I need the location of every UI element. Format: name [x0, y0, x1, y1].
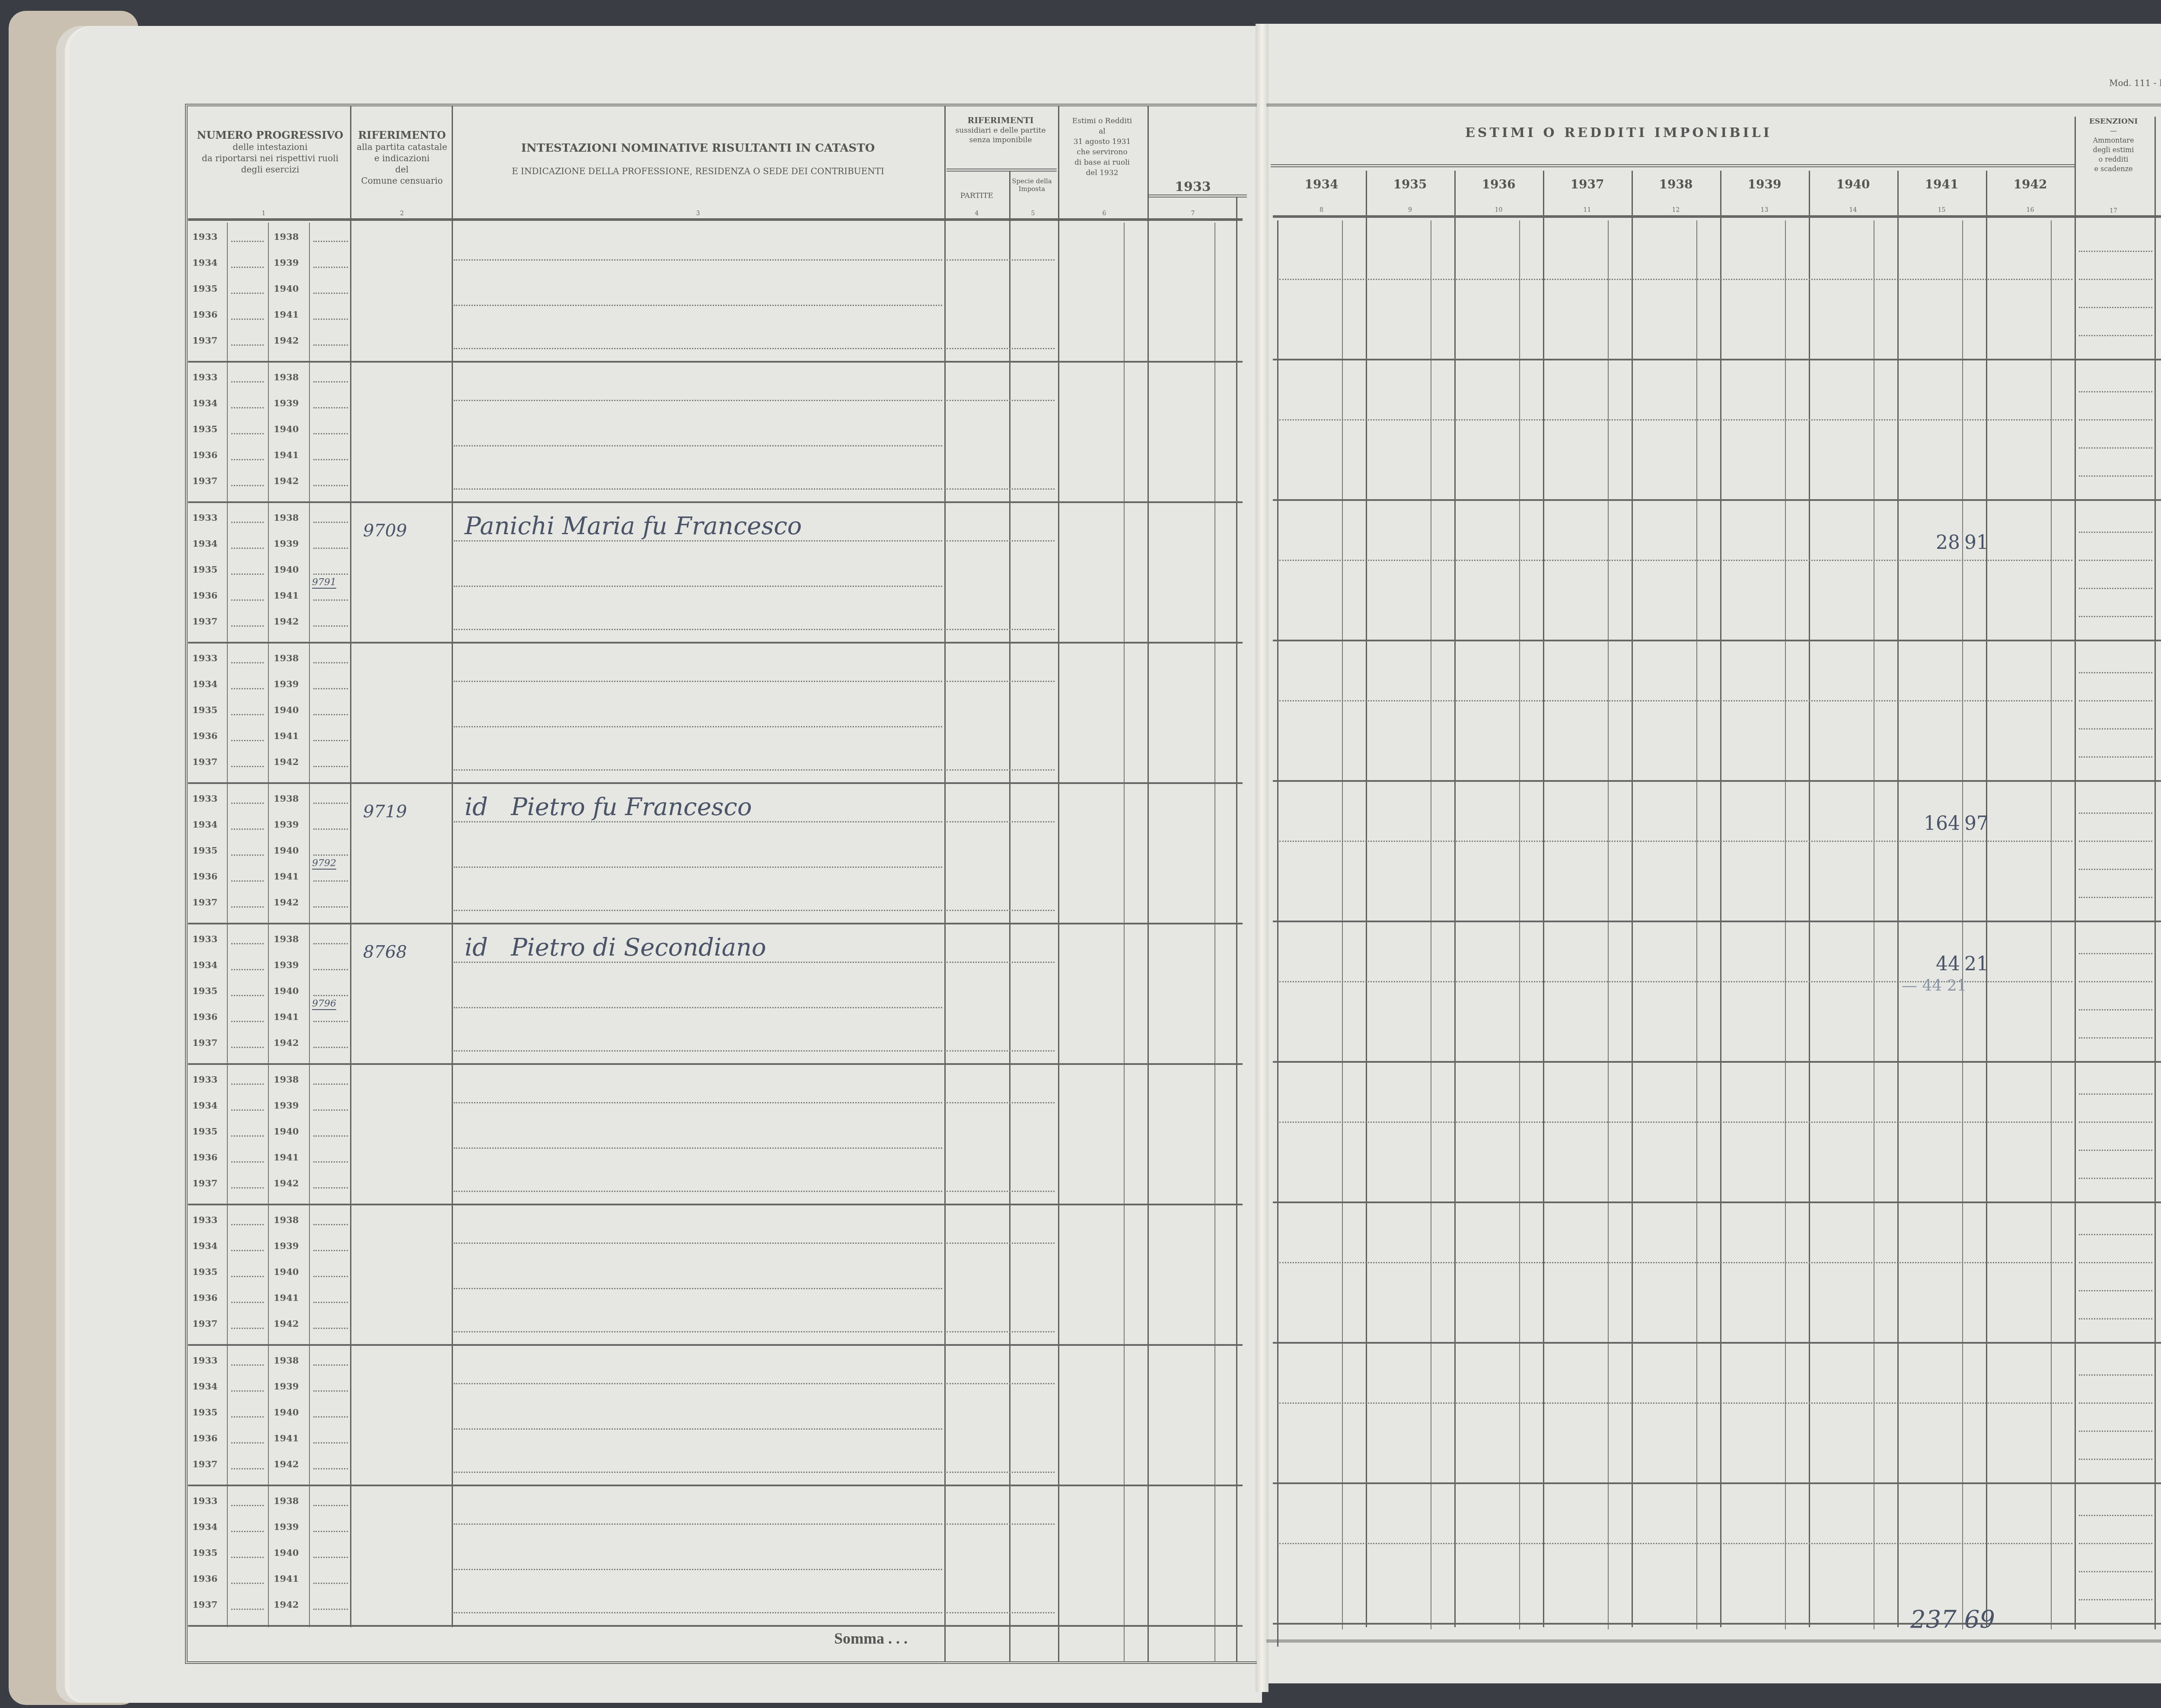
esenzioni-line: [2079, 1402, 2152, 1404]
esenzioni-line: [2079, 475, 2152, 477]
group-divider: [1273, 1342, 2161, 1344]
col-divider: [309, 223, 310, 1627]
header-year-1936: 1936: [1454, 177, 1543, 191]
col-divider: [1214, 223, 1215, 1662]
year-label: 1942: [274, 1318, 299, 1329]
year-label: 1939: [274, 1381, 299, 1392]
esenzioni-line: [2079, 1150, 2152, 1151]
fill-line: [231, 1505, 264, 1506]
intestazione-name: Panichi Maria fu Francesco: [465, 512, 802, 540]
fill-line: [313, 1135, 348, 1137]
entry-line: [454, 1288, 942, 1289]
entry-line: [947, 400, 1055, 401]
fill-line: [313, 548, 348, 549]
year-label: 1941: [274, 1433, 299, 1444]
entry-line: [454, 1050, 942, 1052]
esenzioni-line: [2079, 700, 2152, 701]
year-label: 1933: [192, 372, 217, 382]
year-label: 1938: [274, 1214, 299, 1225]
esenzioni-line: [2079, 1290, 2152, 1291]
year-label: 1941: [274, 1152, 299, 1163]
header-year-1942: 1942: [1986, 177, 2075, 191]
column-number: 4: [972, 210, 981, 217]
esenzioni-line: [2079, 1571, 2152, 1572]
year-label: 1936: [192, 871, 217, 882]
fill-line: [313, 1557, 348, 1558]
esenzioni-line: [2079, 447, 2152, 449]
esenzioni-line: [2079, 813, 2152, 814]
fill-line: [231, 803, 264, 804]
year-label: 1938: [274, 512, 299, 523]
entry-line: [1279, 1262, 2072, 1263]
fill-line: [231, 1468, 264, 1469]
year-label: 1933: [192, 1214, 217, 1225]
fill-line: [231, 344, 264, 346]
column-number: 2: [398, 210, 406, 217]
somma-cents: 69: [1964, 1606, 1995, 1634]
fill-line: [231, 293, 264, 294]
year-label: 1941: [274, 590, 299, 601]
column-number: 13: [1720, 207, 1809, 213]
year-label: 1934: [192, 1100, 217, 1111]
fill-line: [313, 854, 348, 856]
esenzioni-line: [2079, 1234, 2152, 1235]
header-line: e indicazioni: [374, 153, 430, 163]
entry-line: [454, 400, 942, 401]
entry-line: [454, 1428, 942, 1430]
year-label: 1934: [192, 257, 217, 268]
entry-line: [454, 962, 942, 963]
fill-line: [313, 740, 348, 741]
col-divider: [452, 106, 453, 1627]
fill-line: [313, 241, 348, 242]
fill-line: [231, 1302, 264, 1303]
esenzioni-line: [2079, 1515, 2152, 1516]
stamp-number: 9792: [312, 858, 336, 870]
estimo-1941-lire: 164: [1915, 813, 1960, 835]
entry-line: [947, 1243, 1055, 1244]
group-divider: [188, 782, 1243, 784]
fill-line: [313, 485, 348, 486]
col-divider: [1543, 171, 1544, 1627]
year-label: 1935: [192, 845, 217, 856]
entry-line: [454, 1102, 942, 1103]
fill-line: [313, 969, 348, 970]
somma-total-1941: 237 69: [1910, 1606, 1995, 1634]
year-label: 1939: [274, 1521, 299, 1532]
group-divider: [1273, 921, 2161, 922]
fill-line: [231, 1557, 264, 1558]
esenzioni-line: [2079, 419, 2152, 421]
col-divider: [1809, 171, 1810, 1627]
year-label: 1941: [274, 1573, 299, 1584]
header-line: Ammontare: [2093, 136, 2134, 144]
year-label: 1939: [274, 819, 299, 830]
fill-line: [313, 522, 348, 523]
year-label: 1937: [192, 616, 217, 627]
year-label: 1935: [192, 1126, 217, 1137]
header-intestazioni: INTESTAZIONI NOMINATIVE RISULTANTI IN CA…: [454, 143, 942, 177]
partita-number: 8768: [363, 942, 407, 962]
column-number: 1: [259, 210, 268, 217]
fill-line: [313, 1583, 348, 1584]
fill-line: [231, 267, 264, 268]
fill-line: [313, 1328, 348, 1329]
esenzioni-line: [2079, 279, 2152, 280]
entry-line: [454, 259, 942, 261]
entry-line: [454, 1472, 942, 1473]
fill-line: [313, 1390, 348, 1392]
col-divider: [350, 106, 351, 1627]
fill-line: [231, 319, 264, 320]
year-label: 1939: [274, 398, 299, 408]
esenzioni-line: [2079, 616, 2152, 617]
fill-line: [313, 1416, 348, 1418]
header-year-1939: 1939: [1720, 177, 1809, 191]
year-label: 1935: [192, 1407, 217, 1418]
fill-line: [231, 662, 264, 663]
header-line: senza imponibile: [969, 136, 1032, 144]
year-label: 1933: [192, 793, 217, 804]
group-divider: [188, 1625, 1243, 1627]
fill-line: [231, 1047, 264, 1048]
header-title: RIFERIMENTI: [967, 116, 1033, 125]
esenzioni-line: [2079, 1599, 2152, 1600]
col-divider: [1277, 220, 1278, 1647]
entry-line: [947, 1612, 1055, 1613]
year-label: 1941: [274, 871, 299, 882]
left-table-frame: [185, 104, 1257, 1664]
group-divider: [1273, 1061, 2161, 1063]
fill-line: [231, 1328, 264, 1329]
fill-line: [231, 1609, 264, 1610]
entry-line: [1279, 419, 2072, 421]
entry-line: [454, 540, 942, 542]
entry-line: [1279, 1402, 2072, 1404]
esenzioni-line: [2079, 841, 2152, 842]
group-divider: [1273, 640, 2161, 641]
entry-line: [454, 821, 942, 822]
year-label: 1935: [192, 1547, 217, 1558]
year-label: 1938: [274, 1074, 299, 1085]
entry-line: [947, 1050, 1055, 1052]
fill-line: [231, 1135, 264, 1137]
fill-line: [313, 1468, 348, 1469]
year-label: 1933: [192, 934, 217, 944]
entry-line: [454, 1191, 942, 1192]
header-year-1935: 1935: [1366, 177, 1454, 191]
column-number: 9: [1366, 207, 1454, 213]
esenzioni-line: [2079, 391, 2152, 392]
esenzioni-line: [2079, 307, 2152, 308]
fill-line: [313, 1250, 348, 1251]
esenzioni-line: [2079, 1178, 2152, 1179]
year-label: 1934: [192, 819, 217, 830]
col-divider: [1147, 106, 1149, 1662]
year-label: 1936: [192, 1292, 217, 1303]
form-id: Mod. 111 - Imposte Dirette (Intercalare)…: [2109, 78, 2161, 88]
fill-line: [313, 1531, 348, 1532]
fill-line: [231, 433, 264, 434]
partita-number: 9719: [363, 802, 407, 822]
entry-line: [947, 1383, 1055, 1384]
fill-line: [231, 1442, 264, 1444]
cents-divider: [2051, 220, 2052, 1629]
header-year-1933: 1933: [1150, 179, 1236, 194]
fill-line: [313, 407, 348, 408]
year-label: 1942: [274, 1599, 299, 1610]
entry-line: [454, 681, 942, 682]
col-divider: [1632, 171, 1633, 1627]
fill-line: [313, 293, 348, 294]
fill-line: [231, 1109, 264, 1111]
header-bottom-rule: [188, 218, 1243, 221]
entry-line: [947, 910, 1055, 911]
year-label: 1935: [192, 564, 217, 575]
header-line: del 1932: [1086, 169, 1118, 177]
entry-line: [947, 821, 1055, 822]
year-label: 1942: [274, 756, 299, 767]
fill-line: [231, 766, 264, 767]
header-line: che servirono: [1077, 148, 1127, 156]
year-label: 1934: [192, 1240, 217, 1251]
group-divider: [188, 501, 1243, 503]
header-bottom-rule: [1273, 215, 2161, 218]
fill-line: [231, 1083, 264, 1085]
column-number: 11: [1543, 207, 1632, 213]
year-label: 1938: [274, 793, 299, 804]
header-line: o redditi: [2099, 155, 2129, 163]
col-divider: [1009, 171, 1010, 1662]
year-label: 1940: [274, 1266, 299, 1277]
year-label: 1939: [274, 959, 299, 970]
entry-line: [454, 488, 942, 490]
estimo-1941-cents: 21: [1964, 953, 1989, 975]
fill-line: [231, 995, 264, 996]
entry-line: [1279, 700, 2072, 701]
esenzioni-line: [2079, 1093, 2152, 1095]
header-divider: [1147, 194, 1247, 198]
group-divider: [1273, 499, 2161, 501]
fill-line: [231, 1224, 264, 1225]
year-label: 1937: [192, 1459, 217, 1469]
header-annotazioni: ANNOTAZIONI: [2157, 151, 2161, 163]
column-number: 17: [2109, 207, 2118, 214]
column-number: 14: [1809, 207, 1897, 213]
entry-line: [454, 629, 942, 630]
year-label: 1934: [192, 538, 217, 549]
col-divider: [944, 106, 946, 1662]
group-divider: [188, 361, 1243, 363]
header-subtitle: E INDICAZIONE DELLA PROFESSIONE, RESIDEN…: [512, 166, 884, 176]
cents-divider: [1962, 220, 1963, 1629]
year-label: 1938: [274, 231, 299, 242]
entry-line: [454, 1007, 942, 1008]
fill-line: [313, 803, 348, 804]
header-year-1938: 1938: [1632, 177, 1720, 191]
col-divider: [1454, 171, 1456, 1627]
year-label: 1937: [192, 475, 217, 486]
esenzioni-line: [2079, 1431, 2152, 1432]
column-number: 16: [1986, 207, 2075, 213]
year-label: 1937: [192, 335, 217, 346]
year-label: 1937: [192, 1178, 217, 1189]
fill-line: [313, 1224, 348, 1225]
year-label: 1940: [274, 704, 299, 715]
year-label: 1941: [274, 1011, 299, 1022]
year-label: 1940: [274, 564, 299, 575]
fill-line: [231, 485, 264, 486]
esenzioni-line: [2079, 869, 2152, 870]
esenzioni-line: [2079, 251, 2152, 252]
year-label: 1933: [192, 231, 217, 242]
fill-line: [313, 1609, 348, 1610]
group-divider: [188, 1485, 1243, 1486]
year-label: 1939: [274, 538, 299, 549]
group-divider: [1273, 359, 2161, 360]
entry-line: [1279, 279, 2072, 280]
header-partite: PARTITE: [947, 190, 1007, 201]
group-divider: [188, 1344, 1243, 1346]
year-label: 1939: [274, 1240, 299, 1251]
year-label: 1935: [192, 1266, 217, 1277]
fill-line: [313, 662, 348, 663]
fill-line: [313, 459, 348, 460]
entry-line: [454, 1147, 942, 1149]
cents-divider: [1431, 220, 1431, 1629]
intestazione-name: id Pietro fu Francesco: [465, 793, 752, 821]
fill-line: [231, 625, 264, 627]
year-label: 1940: [274, 1547, 299, 1558]
entry-line: [454, 867, 942, 868]
year-label: 1942: [274, 335, 299, 346]
year-label: 1934: [192, 679, 217, 689]
esenzioni-line: [2079, 335, 2152, 336]
fill-line: [231, 407, 264, 408]
column-number: 6: [1100, 210, 1109, 217]
year-label: 1941: [274, 309, 299, 320]
year-label: 1938: [274, 1355, 299, 1366]
year-label: 1939: [274, 679, 299, 689]
entry-line: [947, 488, 1055, 490]
col-divider: [2155, 117, 2156, 1629]
form-id-text: Mod. 111 - Imposte Dirette (Intercalare)…: [2109, 78, 2161, 88]
estimo-1941-lire: 28: [1915, 532, 1960, 554]
col-divider: [1058, 106, 1059, 1662]
header-year-1941: 1941: [1897, 177, 1986, 191]
year-label: 1940: [274, 985, 299, 996]
year-label: 1936: [192, 449, 217, 460]
fill-line: [313, 433, 348, 434]
column-number: 5: [1029, 210, 1037, 217]
header-line: Estimi o Redditi: [1072, 117, 1132, 125]
estimi-title: ESTIMI O REDDITI IMPONIBILI: [1465, 125, 1772, 140]
header-year-1940: 1940: [1809, 177, 1897, 191]
fill-line: [231, 1583, 264, 1584]
fill-line: [231, 906, 264, 908]
year-label: 1937: [192, 1318, 217, 1329]
fill-line: [313, 1442, 348, 1444]
year-label: 1942: [274, 1178, 299, 1189]
esenzioni-line: [2079, 756, 2152, 758]
header-title: ESENZIONI: [2089, 117, 2138, 126]
col-divider: [227, 223, 228, 1627]
entry-line: [947, 540, 1055, 542]
col-divider: [1236, 197, 1237, 1662]
column-number: 12: [1632, 207, 1720, 213]
entry-line: [947, 1472, 1055, 1473]
esenzioni-line: [2079, 588, 2152, 589]
partita-number: 9709: [363, 521, 407, 541]
entry-line: [454, 1612, 942, 1613]
esenzioni-line: [2079, 1374, 2152, 1376]
fill-line: [231, 1021, 264, 1022]
entry-line: [947, 681, 1055, 682]
esenzioni-line: [2079, 728, 2152, 730]
entry-line: [947, 1331, 1055, 1332]
estimo-1941-cents: 97: [1964, 813, 1989, 835]
year-label: 1934: [192, 1521, 217, 1532]
year-label: 1936: [192, 1011, 217, 1022]
stamp-number: 9791: [312, 577, 336, 589]
year-label: 1942: [274, 1037, 299, 1048]
year-label: 1940: [274, 424, 299, 434]
fill-line: [313, 906, 348, 908]
year-label: 1933: [192, 1495, 217, 1506]
fill-line: [313, 1161, 348, 1163]
fill-line: [313, 714, 348, 715]
fill-line: [231, 241, 264, 242]
header-line: —: [2110, 127, 2117, 135]
header-line: di base ai ruoli: [1074, 158, 1130, 167]
header-line: e scadenze: [2094, 165, 2132, 173]
entry-line: [454, 769, 942, 771]
group-divider: [1273, 780, 2161, 782]
fill-line: [313, 1083, 348, 1085]
fill-line: [231, 459, 264, 460]
esenzioni-line: [2079, 1459, 2152, 1460]
year-label: 1935: [192, 704, 217, 715]
column-number: 15: [1897, 207, 1986, 213]
year-label: 1936: [192, 1152, 217, 1163]
fill-line: [231, 1416, 264, 1418]
entry-line: [1279, 560, 2072, 561]
header-riferimento: RIFERIMENTO alla partita catastale e ind…: [352, 130, 452, 186]
entry-line: [947, 962, 1055, 963]
group-divider: [188, 642, 1243, 644]
fill-line: [313, 267, 348, 268]
cents-divider: [1696, 220, 1697, 1629]
fill-line: [231, 1390, 264, 1392]
year-label: 1938: [274, 1495, 299, 1506]
year-label: 1935: [192, 424, 217, 434]
cents-divider: [1519, 220, 1520, 1629]
fill-line: [231, 1276, 264, 1277]
cents-divider: [1342, 220, 1343, 1629]
year-label: 1940: [274, 1407, 299, 1418]
fill-line: [313, 599, 348, 601]
header-line: 31 agosto 1931: [1074, 137, 1131, 146]
fill-line: [313, 880, 348, 882]
fill-line: [313, 766, 348, 767]
column-number: 3: [694, 210, 702, 217]
entry-line: [947, 629, 1055, 630]
header-line: al: [1099, 127, 1106, 136]
esenzioni-line: [2079, 1122, 2152, 1123]
entry-line: [1279, 1543, 2072, 1544]
fill-line: [313, 1187, 348, 1189]
somma-label: Somma . . .: [834, 1629, 908, 1647]
